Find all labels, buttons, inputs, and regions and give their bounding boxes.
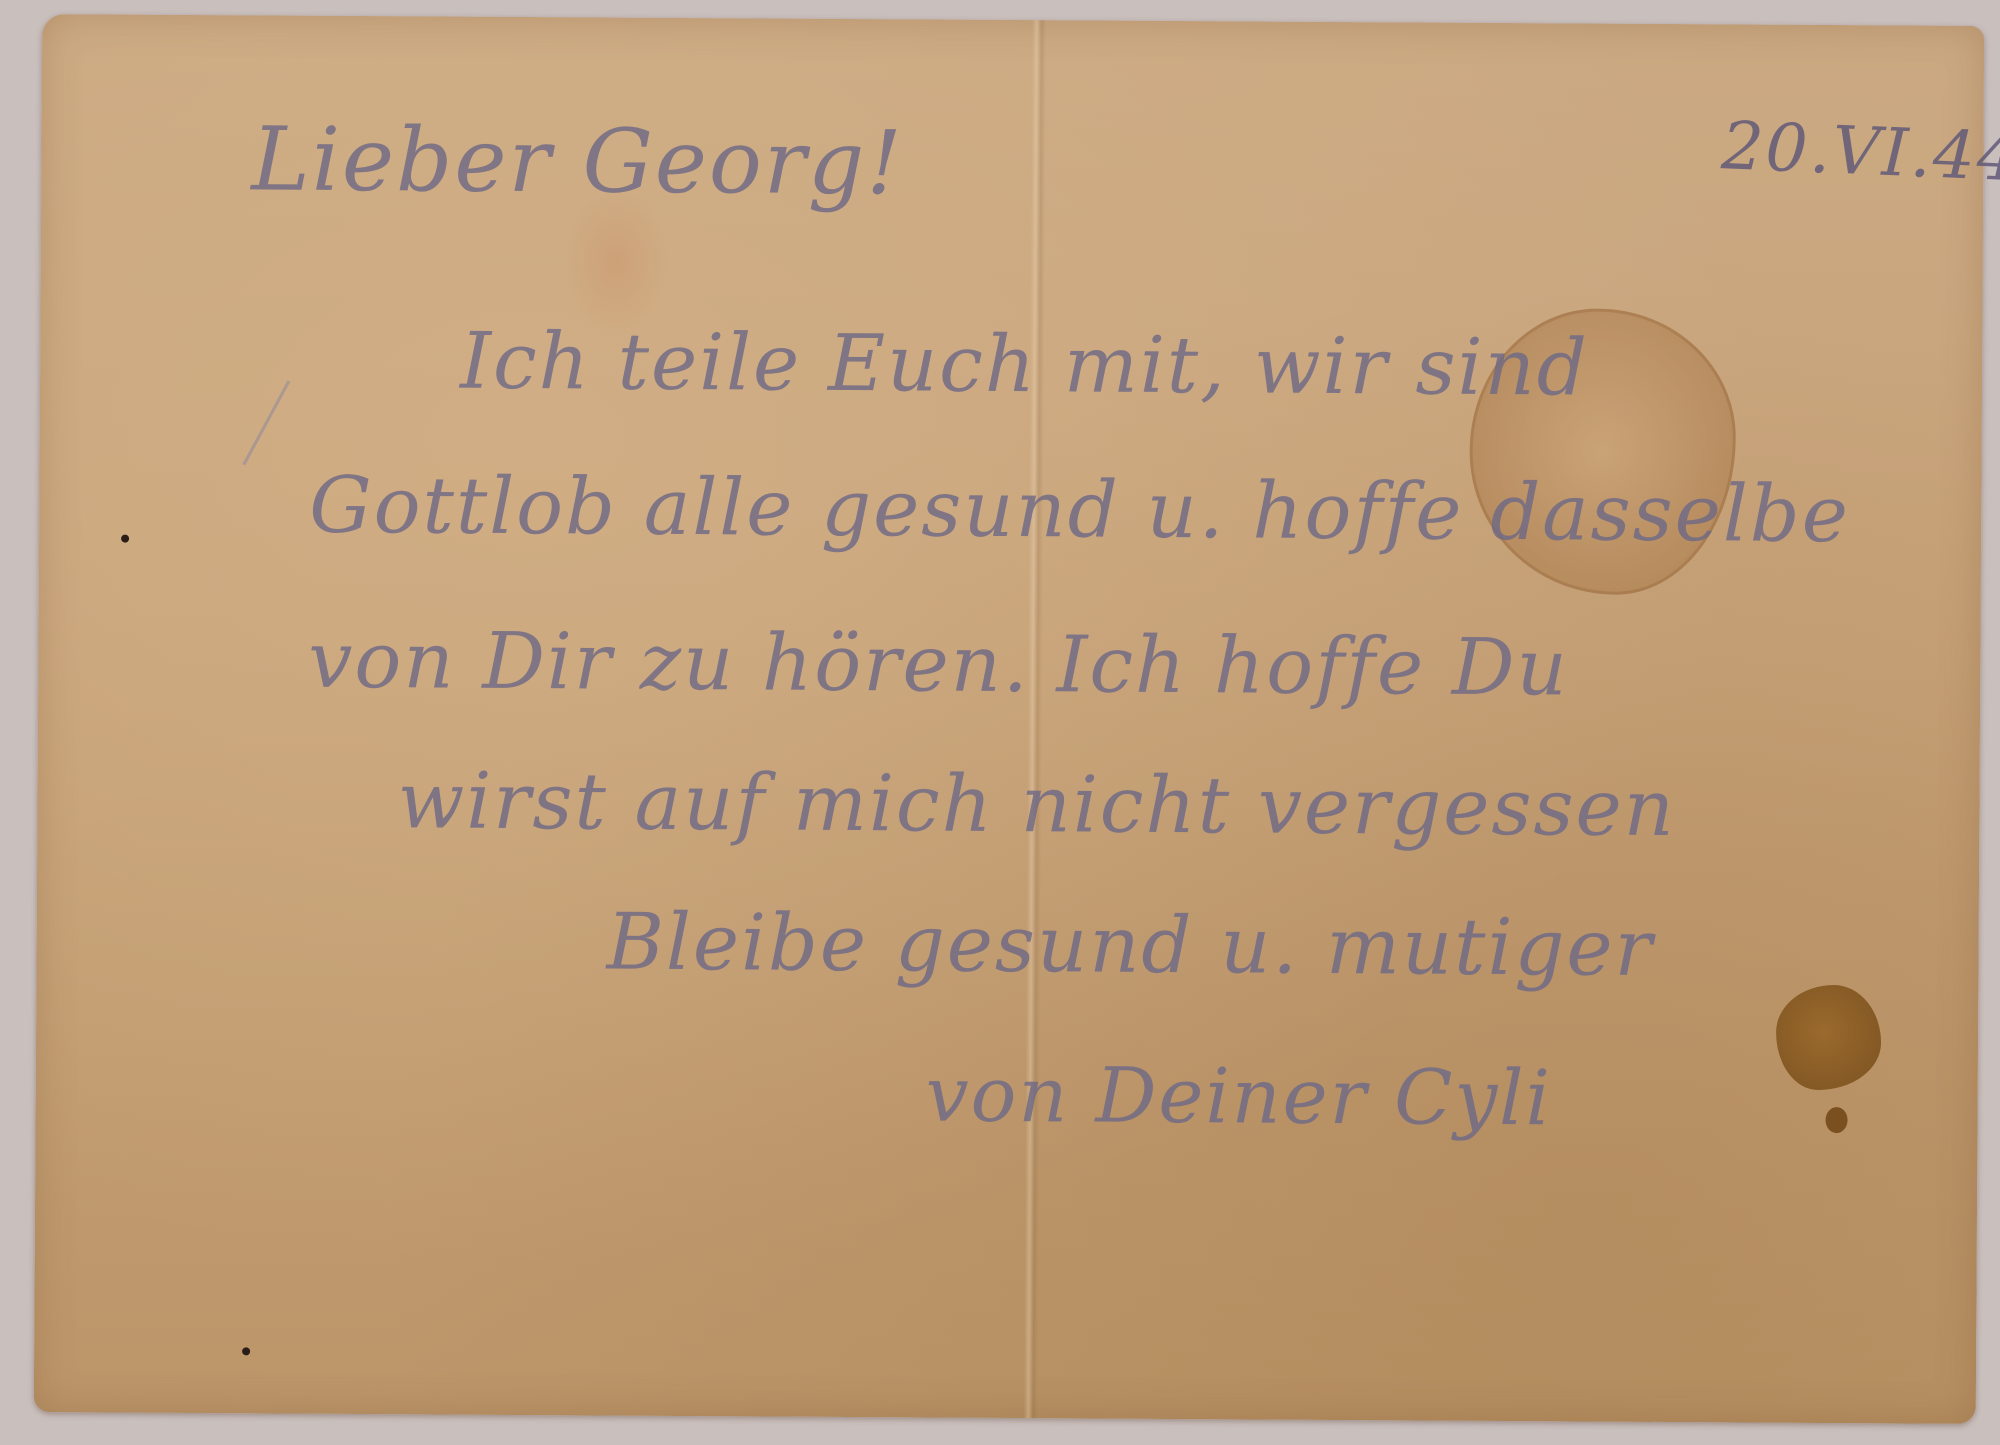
date: 20.VI.44 — [1720, 107, 2000, 196]
ink-drop — [1825, 1107, 1847, 1133]
fold-crease — [1024, 20, 1047, 1418]
signature: von Deiner Cyli — [925, 1049, 1552, 1142]
salutation: Lieber Georg! — [251, 107, 904, 214]
body-line: wirst auf mich nicht vergessen — [397, 756, 1676, 854]
margin-pencil-mark — [242, 380, 290, 465]
body-line: Ich teile Euch mit, wir sind — [460, 317, 1589, 414]
ink-blot — [1776, 985, 1882, 1091]
body-line: Gottlob alle gesund u. hoffe dasselbe — [309, 461, 1850, 560]
pin-hole — [121, 535, 129, 543]
body-line: von Dir zu hören. Ich hoffe Du — [308, 616, 1569, 714]
pin-hole — [242, 1347, 250, 1355]
body-line: Bleibe gesund u. mutiger — [606, 898, 1654, 994]
postcard: Lieber Georg! 20.VI.44 Ich teile Euch mi… — [34, 14, 1985, 1424]
